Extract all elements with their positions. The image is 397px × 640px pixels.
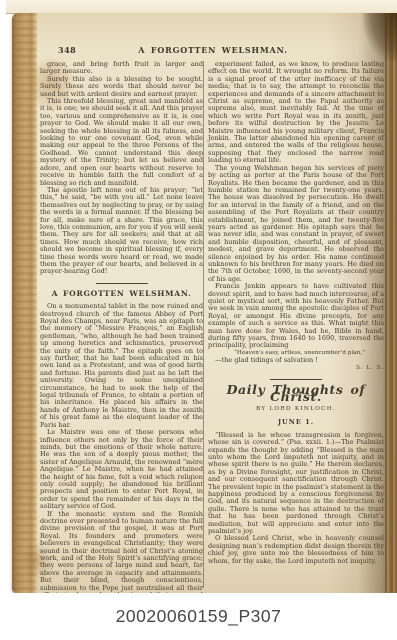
left-column: grace, and bring forth fruit in larger a… bbox=[40, 61, 203, 593]
scanned-book-page: 348 A FORGOTTEN WELSHMAN. grace, and bri… bbox=[0, 0, 397, 640]
section-rule bbox=[270, 379, 322, 380]
date-heading: JUNE 1. bbox=[208, 419, 384, 426]
article-title: Daily Thoughts of Christ. bbox=[208, 386, 384, 401]
body-paragraph: Le Maistre was one of those persons who … bbox=[40, 429, 203, 510]
section-rule bbox=[96, 283, 148, 284]
body-paragraph: The apostle left none out of his prayer;… bbox=[40, 187, 203, 276]
adjacent-page-edge bbox=[6, 0, 397, 14]
body-paragraph: “Blessed is he whose transgression is fo… bbox=[208, 432, 384, 536]
body-paragraph: The young Welshman began his services of… bbox=[208, 165, 384, 284]
book-fore-edge bbox=[12, 13, 37, 593]
book-page: 348 A FORGOTTEN WELSHMAN. grace, and bri… bbox=[12, 13, 397, 593]
digitization-label-bar: 20020060159_P307 bbox=[0, 593, 397, 640]
author-initials: S. L. S. bbox=[208, 365, 384, 372]
verse-tail: —the glad tidings of salvation ! bbox=[208, 357, 384, 364]
body-paragraph: Francis Jenkin appears to have cultivate… bbox=[208, 283, 384, 350]
prayer-paragraph: O blessed Lord Christ, who in heavenly c… bbox=[208, 535, 384, 565]
body-paragraph: grace, and bring forth fruit in larger a… bbox=[40, 61, 203, 76]
article-heading: A FORGOTTEN WELSHMAN. bbox=[40, 290, 203, 297]
page-header: 348 A FORGOTTEN WELSHMAN. bbox=[37, 45, 389, 57]
body-paragraph: On a monumental tablet in the now ruined… bbox=[40, 303, 203, 429]
running-header: A FORGOTTEN WELSHMAN. bbox=[37, 45, 389, 55]
body-paragraph: This threefold blessing, great and manif… bbox=[40, 98, 203, 187]
scan-id-label: 20020060159_P307 bbox=[116, 606, 282, 627]
article-byline: BY LORD KINLOCH. bbox=[208, 406, 384, 413]
body-paragraph: experiment failed, as we know, to produc… bbox=[208, 61, 384, 165]
column-divider bbox=[203, 61, 204, 588]
page-edge-right bbox=[385, 13, 397, 593]
body-paragraph: If the monastic system and the Romish do… bbox=[40, 511, 203, 593]
body-paragraph: Surely this also is a blessing to be sou… bbox=[40, 76, 203, 98]
right-column: experiment failed, as we know, to produc… bbox=[208, 61, 384, 565]
